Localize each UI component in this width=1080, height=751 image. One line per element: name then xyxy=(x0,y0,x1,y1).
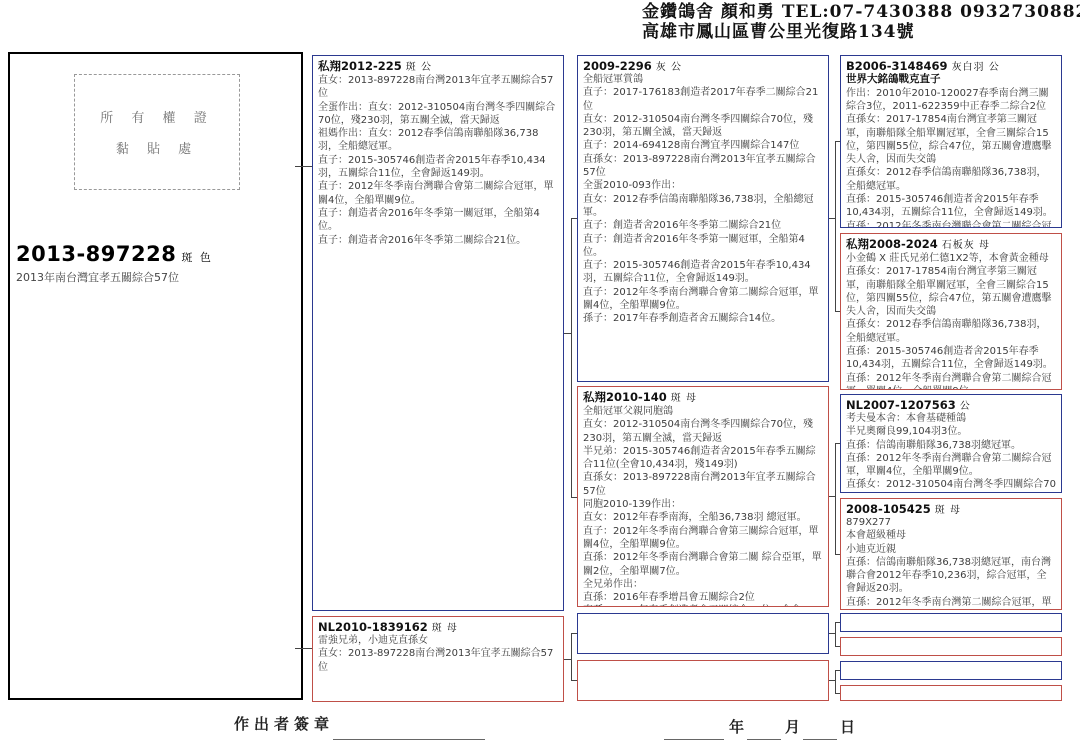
ring-number: B2006-3148469灰白羽 公 xyxy=(846,58,1056,73)
pedigree-box-ddd-empty xyxy=(840,685,1062,701)
result-lines: 全船冠軍父親同胞鴿直女：2012-310504南台灣冬季四關綜合70位，殘230… xyxy=(583,405,823,607)
connector xyxy=(835,622,836,647)
day-line xyxy=(803,739,837,740)
loft-address: 高雄市鳳山區曹公里光復路134號 xyxy=(642,23,1078,43)
pedigree-box-dam: NL2010-1839162斑 母 雷強兄弟，小迪克直孫女直女：2013-897… xyxy=(312,616,564,702)
ring-number: 2008-105425斑 母 xyxy=(846,501,1056,516)
color-sex-label: 石板灰 母 xyxy=(942,240,990,251)
pedigree-box-dam-dam-empty xyxy=(577,660,829,701)
connector xyxy=(835,670,836,694)
ring-number: NL2007-1207563公 xyxy=(846,397,1056,412)
ownership-sticker-line1: 所 有 權 證 xyxy=(100,107,213,126)
pedigree-box-sire: 私翔2012-225斑 公 直女：2013-897228南台灣2013年宜孝五關… xyxy=(312,55,564,611)
connector xyxy=(295,648,312,649)
connector xyxy=(571,497,577,498)
color-sex-label: 斑 母 xyxy=(935,505,961,516)
pedigree-box-dds-empty xyxy=(840,661,1062,680)
connector xyxy=(571,218,572,498)
pedigree-box-ssd: 私翔2008-2024石板灰 母 小金鶴 X 莊氏兄弟仁德1X2等，本會黃金種母… xyxy=(840,233,1062,390)
connector xyxy=(835,622,840,623)
connector xyxy=(835,554,840,555)
pedigree-box-sdd: 2008-105425斑 母 879X277本會超級種母小迪克近親直孫：信鴿南聯… xyxy=(840,498,1062,610)
breeder-signature-label: 作出者簽章 xyxy=(234,713,334,734)
result-lines: 全船冠軍賞鴿直子：2017-176183創造者2017年春季二關綜合21位直女：… xyxy=(583,73,823,326)
year-line xyxy=(664,739,724,740)
color-sex-label: 灰 公 xyxy=(656,62,682,73)
result-lines: 879X277本會超級種母小迪克近親直孫：信鴿南聯船隊36,738羽總冠軍，南台… xyxy=(846,516,1056,610)
ownership-sticker-line2: 黏 貼 處 xyxy=(116,138,198,157)
ownership-sticker-area: 所 有 權 證 黏 貼 處 xyxy=(74,74,240,190)
ring-number: 私翔2010-140斑 母 xyxy=(583,389,823,405)
subject-bird-box: 所 有 權 證 黏 貼 處 2013-897228斑 色 2013年南台灣宜孝五… xyxy=(8,52,303,700)
result-lines: 作出：2010年2010-120027春季南台灣三關綜合3位，2011-6223… xyxy=(846,87,1056,228)
signature-line xyxy=(333,739,485,740)
color-sex-label: 斑 母 xyxy=(671,393,697,404)
connector xyxy=(835,443,836,555)
connector xyxy=(835,311,840,312)
connector xyxy=(571,218,577,219)
connector xyxy=(835,693,840,694)
connector xyxy=(571,633,572,681)
loft-header: 金鑽鴿舍 顏和勇 TEL:07-7430388 0932730882 高雄市鳳山… xyxy=(642,3,1078,42)
connector xyxy=(835,141,836,312)
ring-number: 私翔2012-225斑 公 xyxy=(318,58,558,74)
pedigree-box-dss-empty xyxy=(840,613,1062,632)
result-lines: 雷強兄弟，小迪克直孫女直女：2013-897228南台灣2013年宜孝五關綜合5… xyxy=(318,634,558,674)
pedigree-certificate-page: 金鑽鴿舍 顏和勇 TEL:07-7430388 0932730882 高雄市鳳山… xyxy=(0,0,1080,751)
pedigree-box-dam-sire-empty xyxy=(577,613,829,654)
famous-ancestor-line: 世界大銘鴿戰克直子 xyxy=(846,73,1056,87)
connector xyxy=(564,333,571,334)
year-label: 年 xyxy=(729,716,744,737)
ring-number: 2009-2296灰 公 xyxy=(583,58,823,73)
color-sex-label: 斑 公 xyxy=(406,62,432,73)
subject-ring-number: 2013-897228斑 色 xyxy=(16,242,213,266)
subject-color-sex: 斑 色 xyxy=(181,251,213,264)
pedigree-box-sire-dam: 私翔2010-140斑 母 全船冠軍父親同胞鴿直女：2012-310504南台灣… xyxy=(577,386,829,607)
connector xyxy=(835,443,840,444)
color-sex-label: 公 xyxy=(960,401,971,412)
loft-name-phone: 金鑽鴿舍 顏和勇 TEL:07-7430388 0932730882 xyxy=(642,3,1078,23)
color-sex-label: 斑 母 xyxy=(432,623,458,634)
result-lines: 直女：2013-897228南台灣2013年宜孝五關綜合57位全蛋作出：直女：2… xyxy=(318,74,558,247)
connector xyxy=(564,659,571,660)
pedigree-box-sire-sire: 2009-2296灰 公 全船冠軍賞鴿直子：2017-176183創造者2017… xyxy=(577,55,829,382)
month-line xyxy=(747,739,781,740)
result-lines: 小金鶴 X 莊氏兄弟仁德1X2等，本會黃金種母直孫女：2017-17854南台灣… xyxy=(846,252,1056,390)
day-label: 日 xyxy=(840,716,855,737)
connector xyxy=(571,680,577,681)
connector xyxy=(571,633,577,634)
connector xyxy=(835,670,840,671)
color-sex-label: 灰白羽 公 xyxy=(952,62,1000,73)
pedigree-box-sss: B2006-3148469灰白羽 公 世界大銘鴿戰克直子 作出：2010年201… xyxy=(840,55,1062,228)
month-label: 月 xyxy=(785,716,800,737)
connector xyxy=(295,166,312,167)
pedigree-box-sds: NL2007-1207563公 考夫曼本舍：本會基礎種鴿半兄奧爾良99,104羽… xyxy=(840,394,1062,493)
connector xyxy=(835,141,840,142)
connector xyxy=(835,646,840,647)
ring-number: 私翔2008-2024石板灰 母 xyxy=(846,236,1056,252)
subject-result-line: 2013年南台灣宜孝五關綜合57位 xyxy=(16,269,179,285)
ring-number: NL2010-1839162斑 母 xyxy=(318,619,558,634)
result-lines: 考夫曼本舍：本會基礎種鴿半兄奧爾良99,104羽3位。直孫：信鴿南聯船隊36,7… xyxy=(846,412,1056,493)
pedigree-box-dsd-empty xyxy=(840,637,1062,656)
